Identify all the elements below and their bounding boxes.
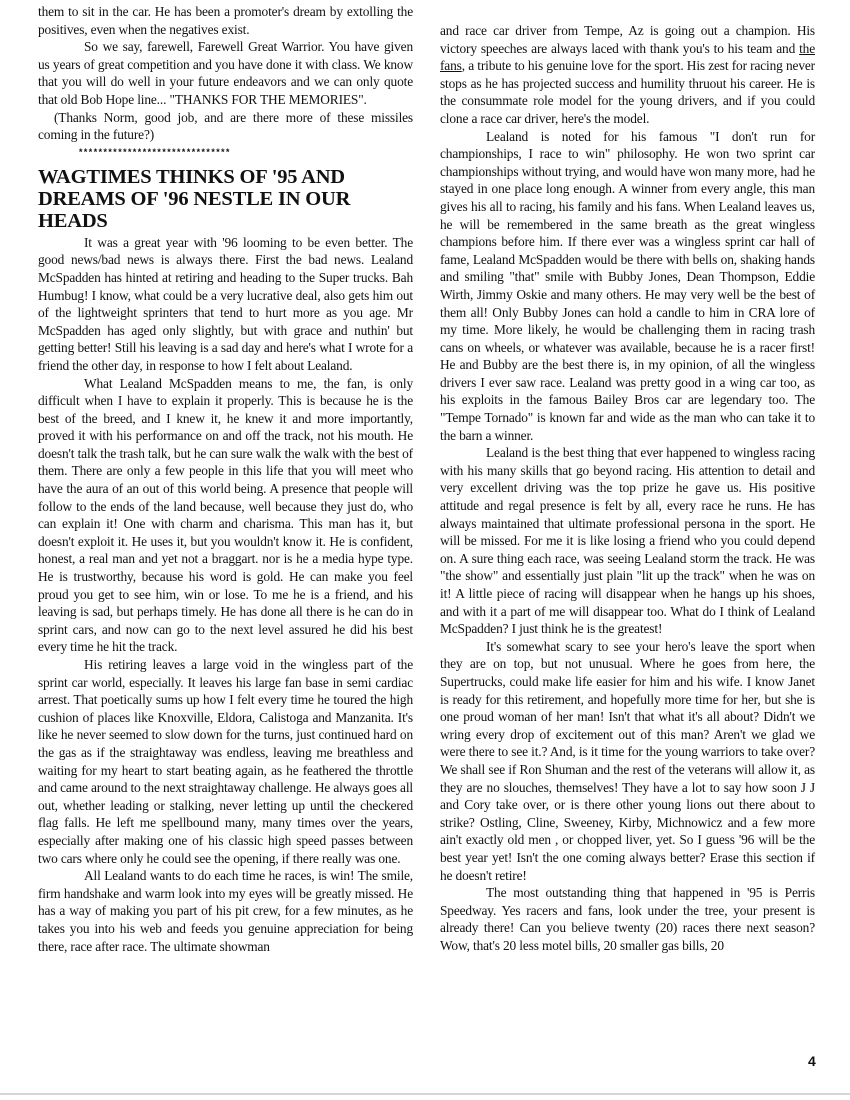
paragraph: and race car driver from Tempe, Az is go… [440, 22, 815, 128]
article-headline: WAGTIMES THINKS OF '95 AND DREAMS OF '96… [38, 166, 413, 232]
text-run: and race car driver from Tempe, Az is go… [440, 23, 815, 56]
paragraph: His retiring leaves a large void in the … [38, 656, 413, 867]
paragraph: Lealand is the best thing that ever happ… [440, 444, 815, 638]
right-column: and race car driver from Tempe, Az is go… [440, 22, 815, 954]
paragraph: It's somewhat scary to see your hero's l… [440, 638, 815, 884]
paragraph: What Lealand McSpadden means to me, the … [38, 375, 413, 657]
text-run: , a tribute to his genuine love for the … [440, 58, 815, 126]
paragraph: The most outstanding thing that happened… [440, 884, 815, 954]
paragraph: them to sit in the car. He has been a pr… [38, 3, 413, 38]
left-column: them to sit in the car. He has been a pr… [38, 3, 413, 955]
scan-edge-divider [0, 1093, 850, 1095]
paragraph: So we say, farewell, Farewell Great Warr… [38, 38, 413, 108]
paragraph: All Lealand wants to do each time he rac… [38, 867, 413, 955]
separator: ******************************* [38, 144, 413, 162]
paragraph: (Thanks Norm, good job, and are there mo… [38, 109, 413, 144]
page-number: 4 [808, 1053, 816, 1069]
paragraph: It was a great year with '96 looming to … [38, 234, 413, 375]
paragraph: Lealand is noted for his famous "I don't… [440, 128, 815, 445]
